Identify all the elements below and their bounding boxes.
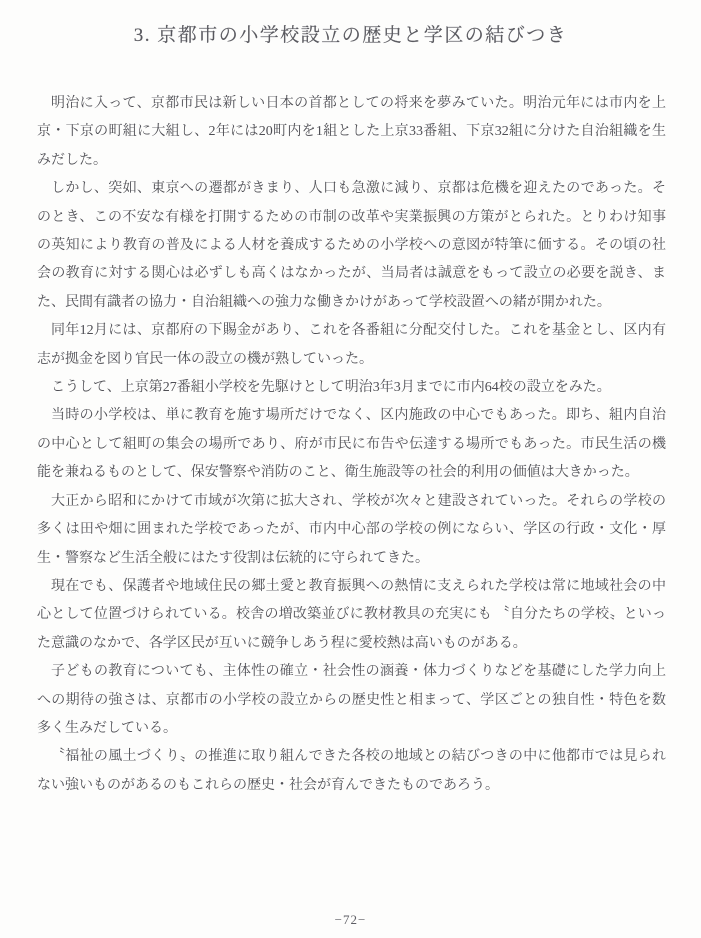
paragraph: こうして、上京第27番組小学校を先駆けとして明治3年3月までに市内64校の設立を… [37, 374, 666, 402]
paragraph: 子どもの教育についても、主体性の確立・社会性の涵養・体力づくりなどを基礎にした学… [37, 658, 666, 743]
paragraph: 大正から昭和にかけて市域が次第に拡大され、学校が次々と建設されていった。それらの… [37, 488, 666, 573]
paragraph: 〝福祉の風土づくり〟の推進に取り組んできた各校の地域との結びつきの中に他都市では… [37, 743, 666, 800]
paragraph: しかし、突如、東京への遷都がきまり、人口も急激に減り、京都は危機を迎えたのであっ… [37, 175, 666, 317]
page-number: −72− [0, 912, 701, 928]
paragraph: 明治に入って、京都市民は新しい日本の首都としての将来を夢みていた。明治元年には市… [37, 90, 666, 175]
document-body: 明治に入って、京都市民は新しい日本の首都としての将来を夢みていた。明治元年には市… [37, 90, 666, 800]
paragraph: 同年12月には、京都府の下賜金があり、これを各番組に分配交付した。これを基金とし… [37, 317, 666, 374]
paragraph: 現在でも、保護者や地域住民の郷土愛と教育振興への熱情に支えられた学校は常に地域社… [37, 573, 666, 658]
paragraph: 当時の小学校は、単に教育を施す場所だけでなく、区内施政の中心でもあった。即ち、組… [37, 402, 666, 487]
page-title: 3. 京都市の小学校設立の歴史と学区の結びつき [0, 0, 701, 47]
document-page: 3. 京都市の小学校設立の歴史と学区の結びつき 明治に入って、京都市民は新しい日… [0, 0, 701, 938]
